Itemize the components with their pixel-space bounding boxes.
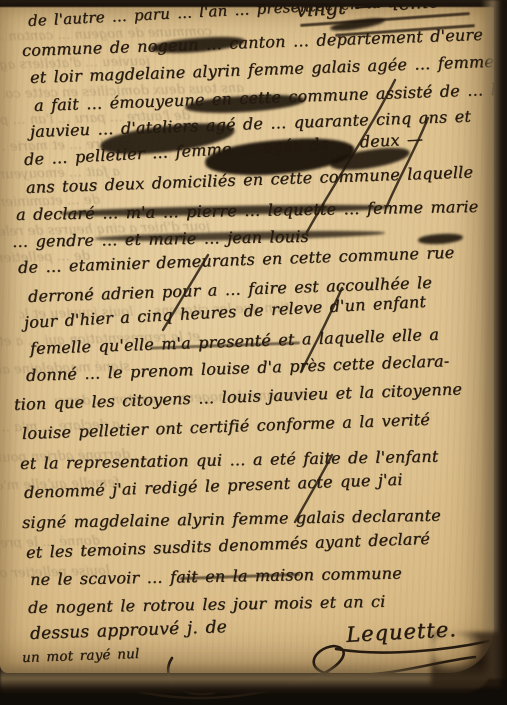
manuscript-scan: commune de nogeun … canton … departement… [0, 0, 507, 705]
scan-right-edge [481, 0, 507, 679]
scan-corner-shadow [431, 632, 501, 687]
scan-top-edge [0, 0, 507, 7]
scan-bottom-edge [0, 663, 493, 693]
